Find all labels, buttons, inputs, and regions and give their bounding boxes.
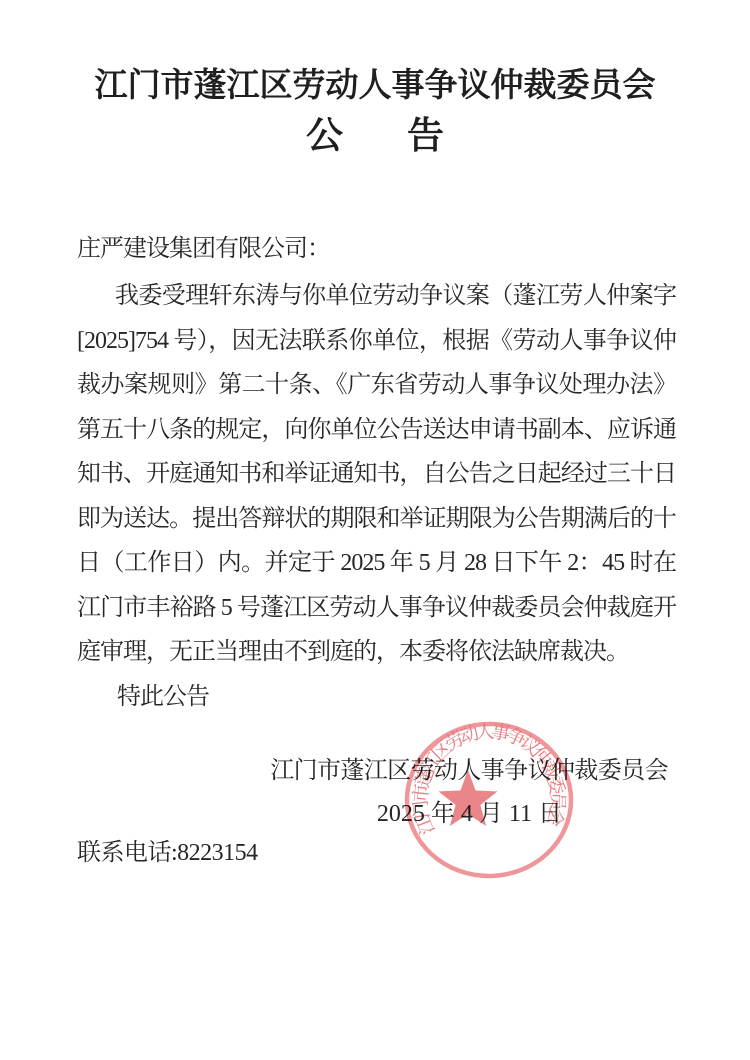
seal-ring [407,724,571,876]
body-line: 第五十八条的规定，向你单位公告送达申请书副本、应诉通 [77,408,676,453]
issue-date: 2025 年 4 月 11 日 [0,801,750,829]
notice-heading: 公 告 [0,118,750,155]
body-line: 日（工作日）内。并定于 2025 年 5 月 28 日下午 2：45 时在 [77,541,676,586]
contact-phone: 联系电话:8223154 [77,840,258,868]
closing-phrase: 特此公告 [77,675,676,720]
body-line: 即为送达。提出答辩状的期限和举证期限为公告期满后的十 [77,497,676,542]
notice-body: 我委受理轩东涛与你单位劳动争议案（蓬江劳人仲案字 [2025]754 号），因无… [77,274,676,719]
body-line: 江门市丰裕路 5 号蓬江区劳动人事争议仲裁委员会仲裁庭开 [77,586,676,631]
notice-page: 江门市蓬江区劳动人事争议仲裁委员会 公 告 庄严建设集团有限公司： 我委受理轩东… [0,0,750,1060]
heading-char-gong: 公 [306,118,343,155]
body-line: 裁办案规则》第二十条、《广东省劳动人事争议处理办法》 [77,363,676,408]
heading-char-gao: 告 [407,118,444,155]
body-line: 庭审理，无正当理由不到庭的，本委将依法缺席裁决。 [77,630,676,675]
body-line: [2025]754 号），因无法联系你单位，根据《劳动人事争议仲 [77,319,676,364]
body-line: 我委受理轩东涛与你单位劳动争议案（蓬江劳人仲案字 [77,274,676,319]
page-title: 江门市蓬江区劳动人事争议仲裁委员会 [0,70,750,103]
issuer-signature: 江门市蓬江区劳动人事争议仲裁委员会 [0,758,750,786]
body-line: 知书、开庭通知书和举证通知书，自公告之日起经过三十日 [77,452,676,497]
addressee: 庄严建设集团有限公司： [77,236,330,264]
